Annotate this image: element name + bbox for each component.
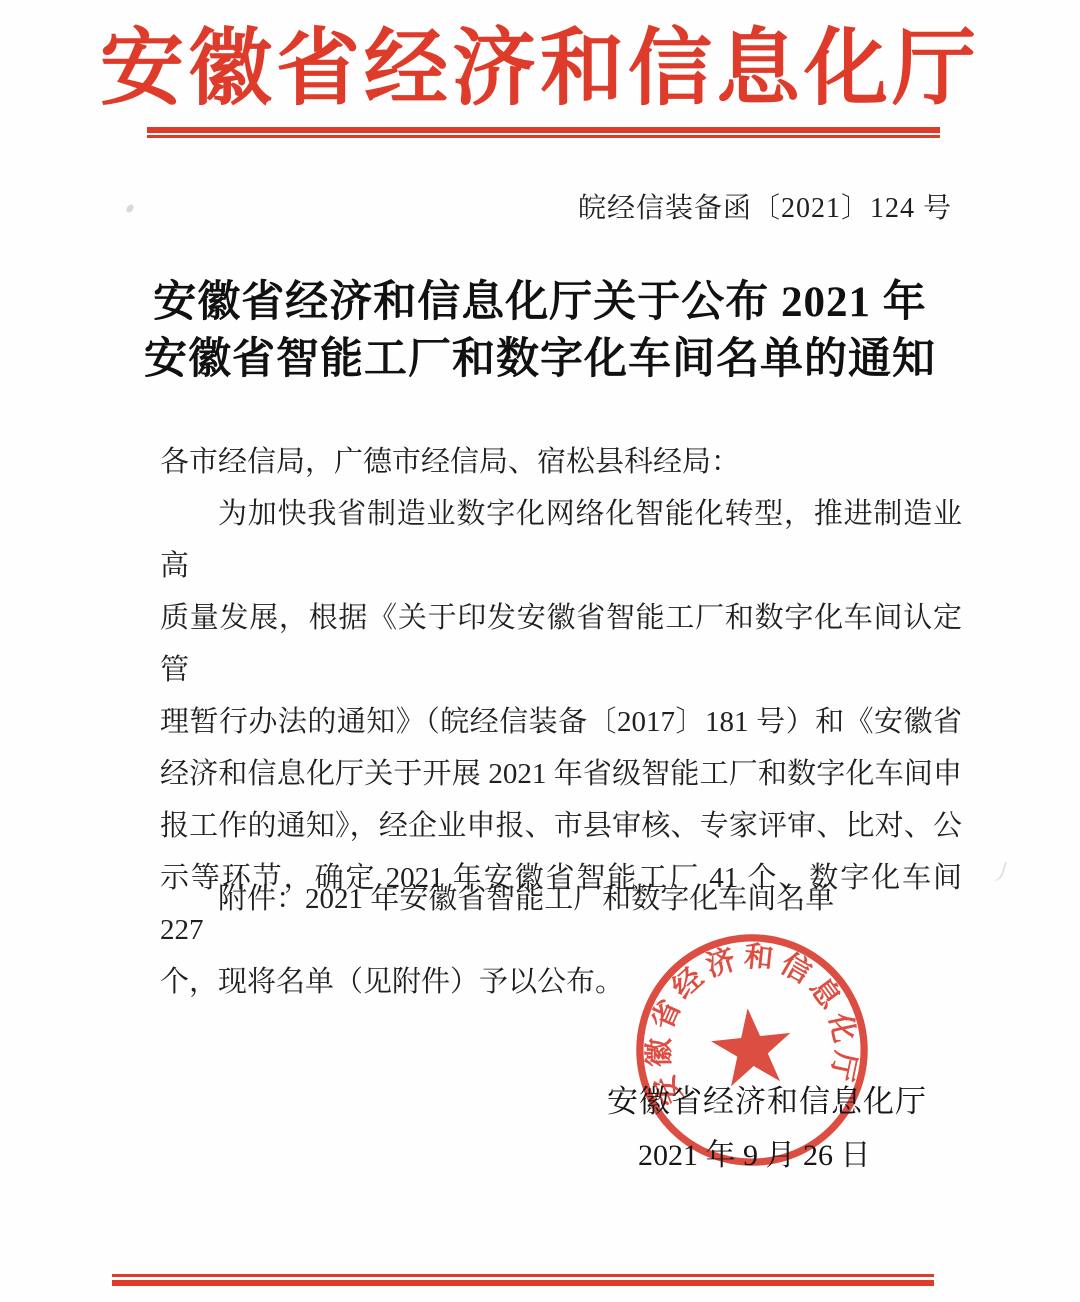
- notice-title-line1: 安徽省经济和信息化厅关于公布 2021 年: [0, 274, 1080, 331]
- scan-artifact: [125, 203, 135, 214]
- document-page: 安徽省经济和信息化厅 皖经信装备函〔2021〕124 号 安徽省经济和信息化厅关…: [0, 0, 1080, 1302]
- body-line: 经济和信息化厅关于开展 2021 年省级智能工厂和数字化车间申: [160, 748, 962, 800]
- scan-artifact: [989, 859, 1007, 884]
- body-line: 为加快我省制造业数字化网络化智能化转型，推进制造业高: [160, 488, 962, 592]
- signature-org: 安徽省经济和信息化厅: [607, 1076, 917, 1121]
- notice-title: 安徽省经济和信息化厅关于公布 2021 年 安徽省智能工厂和数字化车间名单的通知: [0, 274, 1080, 388]
- body-line: 理暂行办法的通知》（皖经信装备〔2017〕181 号）和《安徽省: [160, 696, 962, 748]
- document-number: 皖经信装备函〔2021〕124 号: [578, 186, 952, 226]
- header-red-rule: [147, 127, 940, 138]
- body-line: 报工作的通知》，经企业申报、市县审核、专家评审、比对、公: [160, 800, 962, 852]
- footer-red-rule: [112, 1274, 934, 1286]
- body-line: 质量发展，根据《关于印发安徽省智能工厂和数字化车间认定管: [160, 592, 962, 696]
- letterhead-title: 安徽省经济和信息化厅: [0, 18, 1080, 122]
- salutation-line: 各市经信局，广德市经信局、宿松县科经局：: [160, 436, 962, 488]
- notice-title-line2: 安徽省智能工厂和数字化车间名单的通知: [0, 331, 1080, 388]
- signature-date: 2021 年 9 月 26 日: [638, 1130, 858, 1174]
- attachment-line: 附件：2021 年安徽省智能工厂和数字化车间名单: [160, 876, 962, 917]
